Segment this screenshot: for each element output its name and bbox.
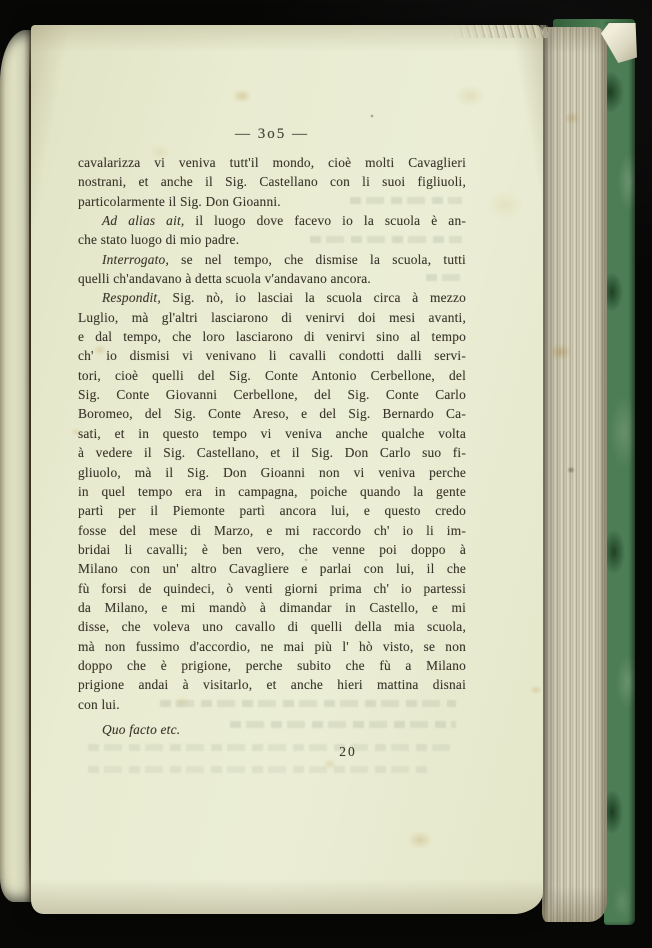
text-line: Sig. Conte Giovanni Cerbellone, del Sig.…: [78, 385, 466, 404]
text-line: che stato luogo di mio padre.: [78, 230, 466, 249]
text-line: bridai li cavalli; è ben vero, che venne…: [78, 540, 466, 559]
text-line: tori, cioè quelli del Sig. Conte Antonio…: [78, 366, 466, 385]
text-block: — 3o5 — cavalarizza vi veniva tutt'il mo…: [78, 126, 466, 760]
italic-phrase: Ad alias ait,: [102, 213, 184, 228]
text-line: Interrogato, se nel tempo, che dismise l…: [78, 250, 466, 269]
book-scan-photo: — 3o5 — cavalarizza vi veniva tutt'il mo…: [0, 0, 652, 948]
text-line: da Milano, e mi mandò à dimandar in Cast…: [78, 598, 466, 617]
italic-phrase: Respondit,: [102, 290, 161, 305]
text-line: Respondit, Sig. nò, io lasciai la scuola…: [78, 288, 466, 307]
book-cover-green: [604, 22, 635, 925]
text-line: fosse del mese di Marzo, e mi raccordo c…: [78, 521, 466, 540]
text-line: partì per il Piemonte partì ancora lui, …: [78, 501, 466, 520]
text-line: disse, che voleva uno cavallo di quelli …: [78, 617, 466, 636]
text-line: à vedere il Sig. Castellano, et il Sig. …: [78, 443, 466, 462]
text-line: Quo facto etc.: [78, 720, 466, 739]
text-line: Ad alias ait, il luogo dove facevo io la…: [78, 211, 466, 230]
text-line: con lui.: [78, 695, 466, 714]
page-edges-top-step: [452, 25, 548, 38]
body-text: cavalarizza vi veniva tutt'il mondo, cio…: [78, 153, 466, 739]
text-line: mà non fussimo d'accordio, ne mai più l'…: [78, 637, 466, 656]
text-line: Luglio, mà gl'altri lasciarono di venirv…: [78, 308, 466, 327]
text-line: particolarmente il Sig. Don Gioanni.: [78, 192, 466, 211]
text-line: prigione andai à visitarlo, et anche hie…: [78, 675, 466, 694]
text-line: nostrani, et anche il Sig. Castellano co…: [78, 172, 466, 191]
text-line: ch' io dismisi vi venivano li cavalli co…: [78, 346, 466, 365]
text-line: quelli ch'andavano à detta scuola v'anda…: [78, 269, 466, 288]
signature-mark: 20: [78, 744, 466, 760]
italic-phrase: Interrogato,: [102, 252, 169, 267]
page-number: — 3o5 —: [78, 126, 466, 145]
text-line: Milano con un' altro Cavagliere e parlai…: [78, 559, 466, 578]
text-line: in quel tempo era in campagna, poiche qu…: [78, 482, 466, 501]
text-line: cavalarizza vi veniva tutt'il mondo, cio…: [78, 153, 466, 172]
facing-page-edge: [0, 30, 31, 902]
italic-phrase: Quo facto etc.: [102, 722, 180, 737]
text-line: doppo che è prigione, perche subito che …: [78, 656, 466, 675]
text-line: fù forsi de quindeci, ò venti giorni pri…: [78, 579, 466, 598]
text-line: gliuolo, mà il Sig. Don Gioanni non vi v…: [78, 463, 466, 482]
text-line: e dal tempo, che loro lasciarono di veni…: [78, 327, 466, 346]
text-line: sati, et in questo tempo vi veniva anche…: [78, 424, 466, 443]
text-line: Boromeo, del Sig. Conte Areso, e del Sig…: [78, 404, 466, 423]
fore-edge-page-stack: [542, 27, 607, 922]
